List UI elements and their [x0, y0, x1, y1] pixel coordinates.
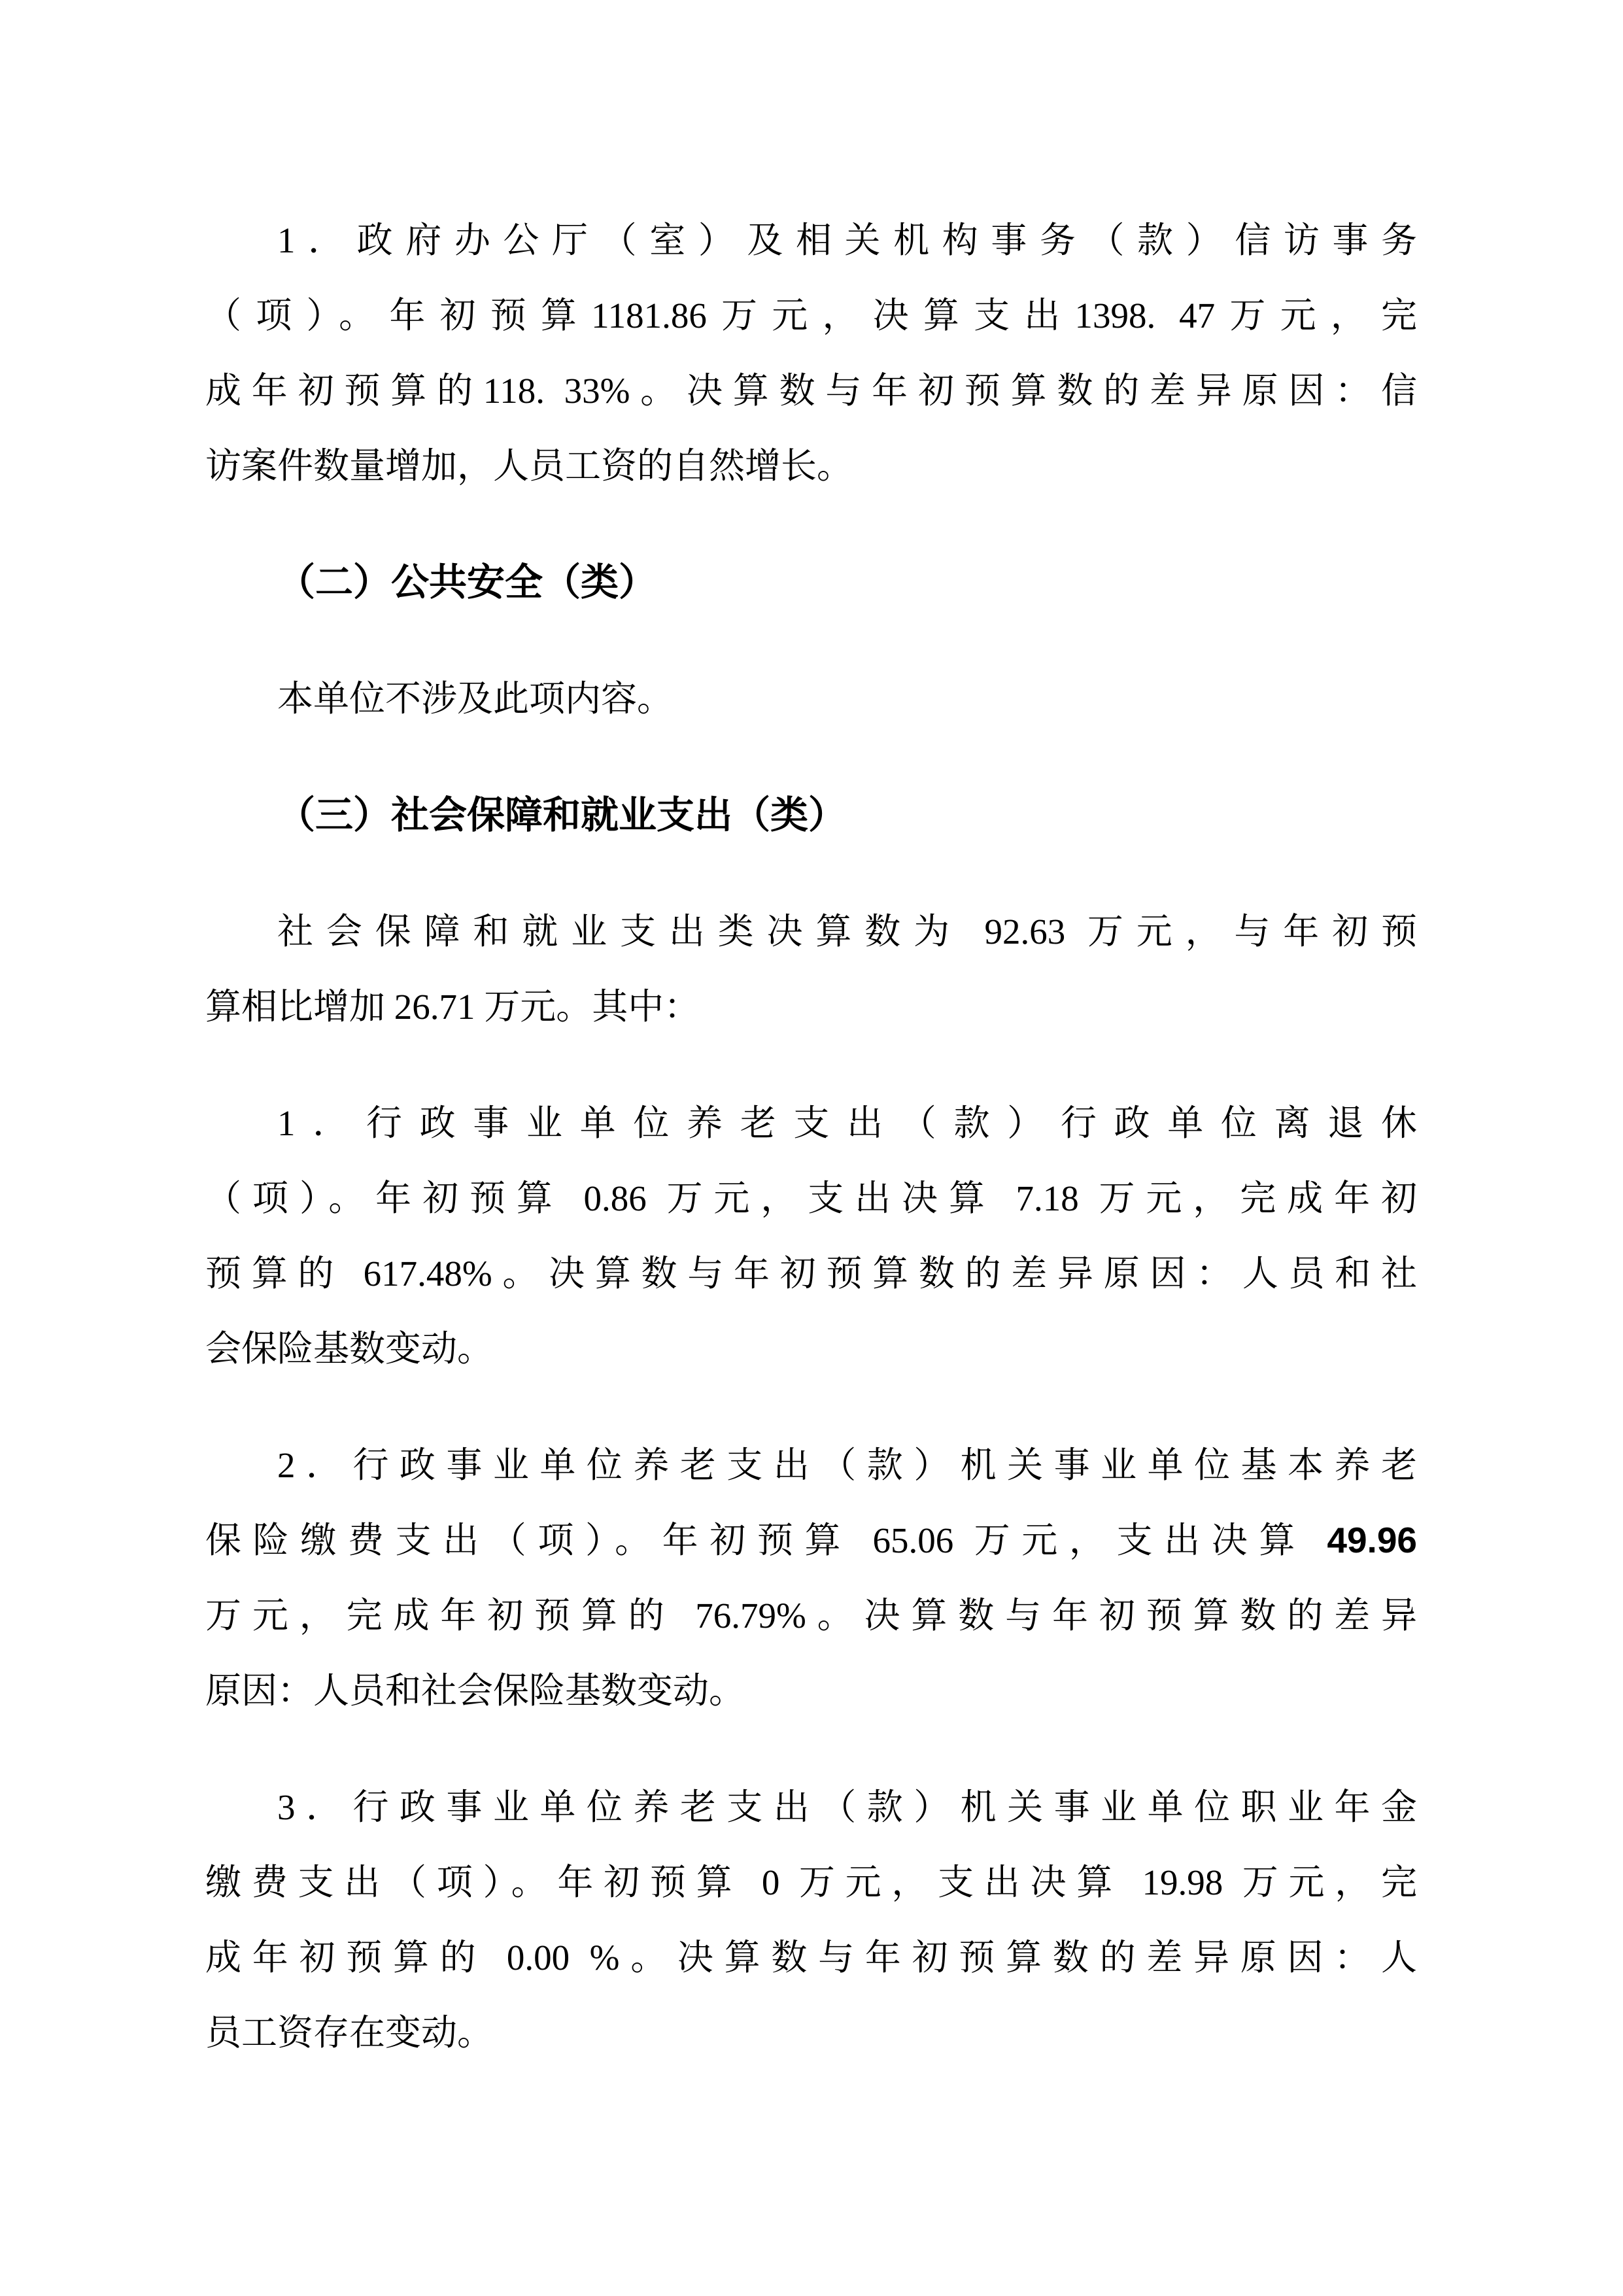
- text-line: 成年初预算的 0.00 %。决算数与年初预算数的差异原因：人: [205, 1920, 1417, 1995]
- text-line: 访案件数量增加，人员工资的自然增长。: [205, 428, 1417, 504]
- text-line: 算相比增加 26.71 万元。其中：: [205, 969, 1417, 1044]
- paragraph-not-involved: 本单位不涉及此项内容。: [205, 661, 1417, 736]
- text-line: 3．行政事业单位养老支出（款）机关事业单位职业年金: [205, 1770, 1417, 1845]
- text-line: 缴费支出（项）。年初预算 0 万元，支出决算 19.98 万元，完: [205, 1845, 1417, 1920]
- text-segment: 保险缴费支出（项）。年初预算 65.06 万元，支出决算: [205, 1520, 1327, 1560]
- heading-social-security: （三）社会保障和就业支出（类）: [205, 778, 1417, 853]
- document-content: 1．政府办公厅（室）及相关机构事务（款）信访事务 （项）。年初预算1181.86…: [205, 203, 1417, 2112]
- paragraph-lituixiu: 1．行政事业单位养老支出（款）行政单位离退休 （项）。年初预算 0.86 万元，…: [205, 1086, 1417, 1386]
- text-line: 会保险基数变动。: [205, 1311, 1417, 1386]
- paragraph-social-summary: 社会保障和就业支出类决算数为 92.63 万元，与年初预 算相比增加 26.71…: [205, 894, 1417, 1044]
- heading-public-security: （二）公共安全（类）: [205, 545, 1417, 620]
- text-line: 成年初预算的118. 33%。决算数与年初预算数的差异原因：信: [205, 353, 1417, 428]
- text-line: 原因：人员和社会保险基数变动。: [205, 1653, 1417, 1728]
- text-line: （项）。年初预算1181.86万元，决算支出1398. 47万元，完: [205, 278, 1417, 353]
- paragraph-zhiye-nianjin: 3．行政事业单位养老支出（款）机关事业单位职业年金 缴费支出（项）。年初预算 0…: [205, 1770, 1417, 2070]
- text-line: 1．行政事业单位养老支出（款）行政单位离退休: [205, 1086, 1417, 1161]
- text-line: 员工资存在变动。: [205, 1995, 1417, 2070]
- text-line: 1．政府办公厅（室）及相关机构事务（款）信访事务: [205, 203, 1417, 278]
- text-line: 2．行政事业单位养老支出（款）机关事业单位基本养老: [205, 1428, 1417, 1503]
- text-line: 预算的 617.48%。决算数与年初预算数的差异原因：人员和社: [205, 1236, 1417, 1311]
- paragraph-xinfang: 1．政府办公厅（室）及相关机构事务（款）信访事务 （项）。年初预算1181.86…: [205, 203, 1417, 504]
- text-line: 万元，完成年初预算的 76.79%。决算数与年初预算数的差异: [205, 1578, 1417, 1653]
- text-line: （项）。年初预算 0.86 万元，支出决算 7.18 万元，完成年初: [205, 1161, 1417, 1236]
- text-line: 保险缴费支出（项）。年初预算 65.06 万元，支出决算 49.96: [205, 1503, 1417, 1578]
- paragraph-jiben-yanglao: 2．行政事业单位养老支出（款）机关事业单位基本养老 保险缴费支出（项）。年初预算…: [205, 1428, 1417, 1728]
- text-line: 社会保障和就业支出类决算数为 92.63 万元，与年初预: [205, 894, 1417, 969]
- document-page: { "page": { "background_color": "#ffffff…: [0, 0, 1623, 2296]
- bold-amount: 49.96: [1327, 1520, 1417, 1560]
